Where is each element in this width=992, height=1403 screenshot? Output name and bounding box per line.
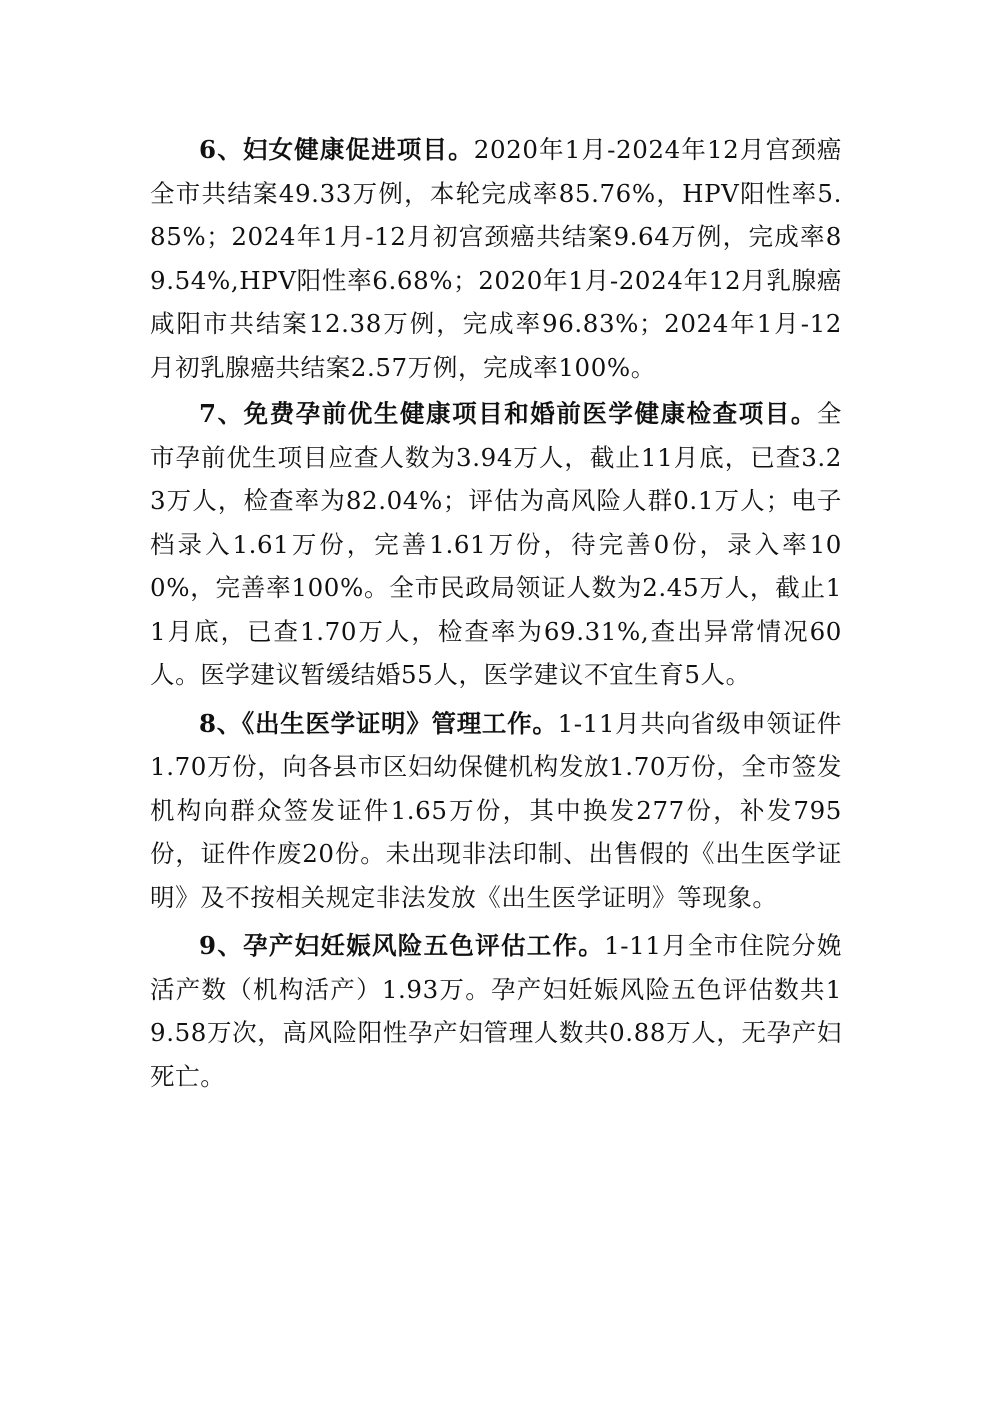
paragraph-pregnancy-risk-assessment: 9、孕产妇妊娠风险五色评估工作。1-11月全市住院分娩活产数（机构活产）1.93… xyxy=(150,924,842,1098)
paragraph-body: 2020年1月-2024年12月宫颈癌全市共结案49.33万例，本轮完成率85.… xyxy=(150,135,842,382)
paragraph-womens-health-promotion: 6、妇女健康促进项目。2020年1月-2024年12月宫颈癌全市共结案49.33… xyxy=(150,128,842,389)
paragraph-heading: 6、妇女健康促进项目。 xyxy=(199,135,474,164)
paragraph-body: 全市孕前优生项目应查人数为3.94万人，截止11月底，已查3.23万人，检查率为… xyxy=(150,399,842,689)
paragraph-heading: 9、孕产妇妊娠风险五色评估工作。 xyxy=(199,931,604,960)
paragraph-prepregnancy-premarital-check: 7、免费孕前优生健康项目和婚前医学健康检查项目。全市孕前优生项目应查人数为3.9… xyxy=(150,392,842,697)
paragraph-birth-certificate-management: 8、《出生医学证明》管理工作。1-11月共向省级申领证件1.70万份，向各县市区… xyxy=(150,702,842,920)
paragraph-heading: 7、免费孕前优生健康项目和婚前医学健康检查项目。 xyxy=(199,399,817,428)
paragraph-body: 1-11月共向省级申领证件1.70万份，向各县市区妇幼保健机构发放1.70万份，… xyxy=(150,709,842,912)
document-page: 6、妇女健康促进项目。2020年1月-2024年12月宫颈癌全市共结案49.33… xyxy=(150,128,842,1104)
paragraph-heading: 8、《出生医学证明》管理工作。 xyxy=(199,709,558,738)
